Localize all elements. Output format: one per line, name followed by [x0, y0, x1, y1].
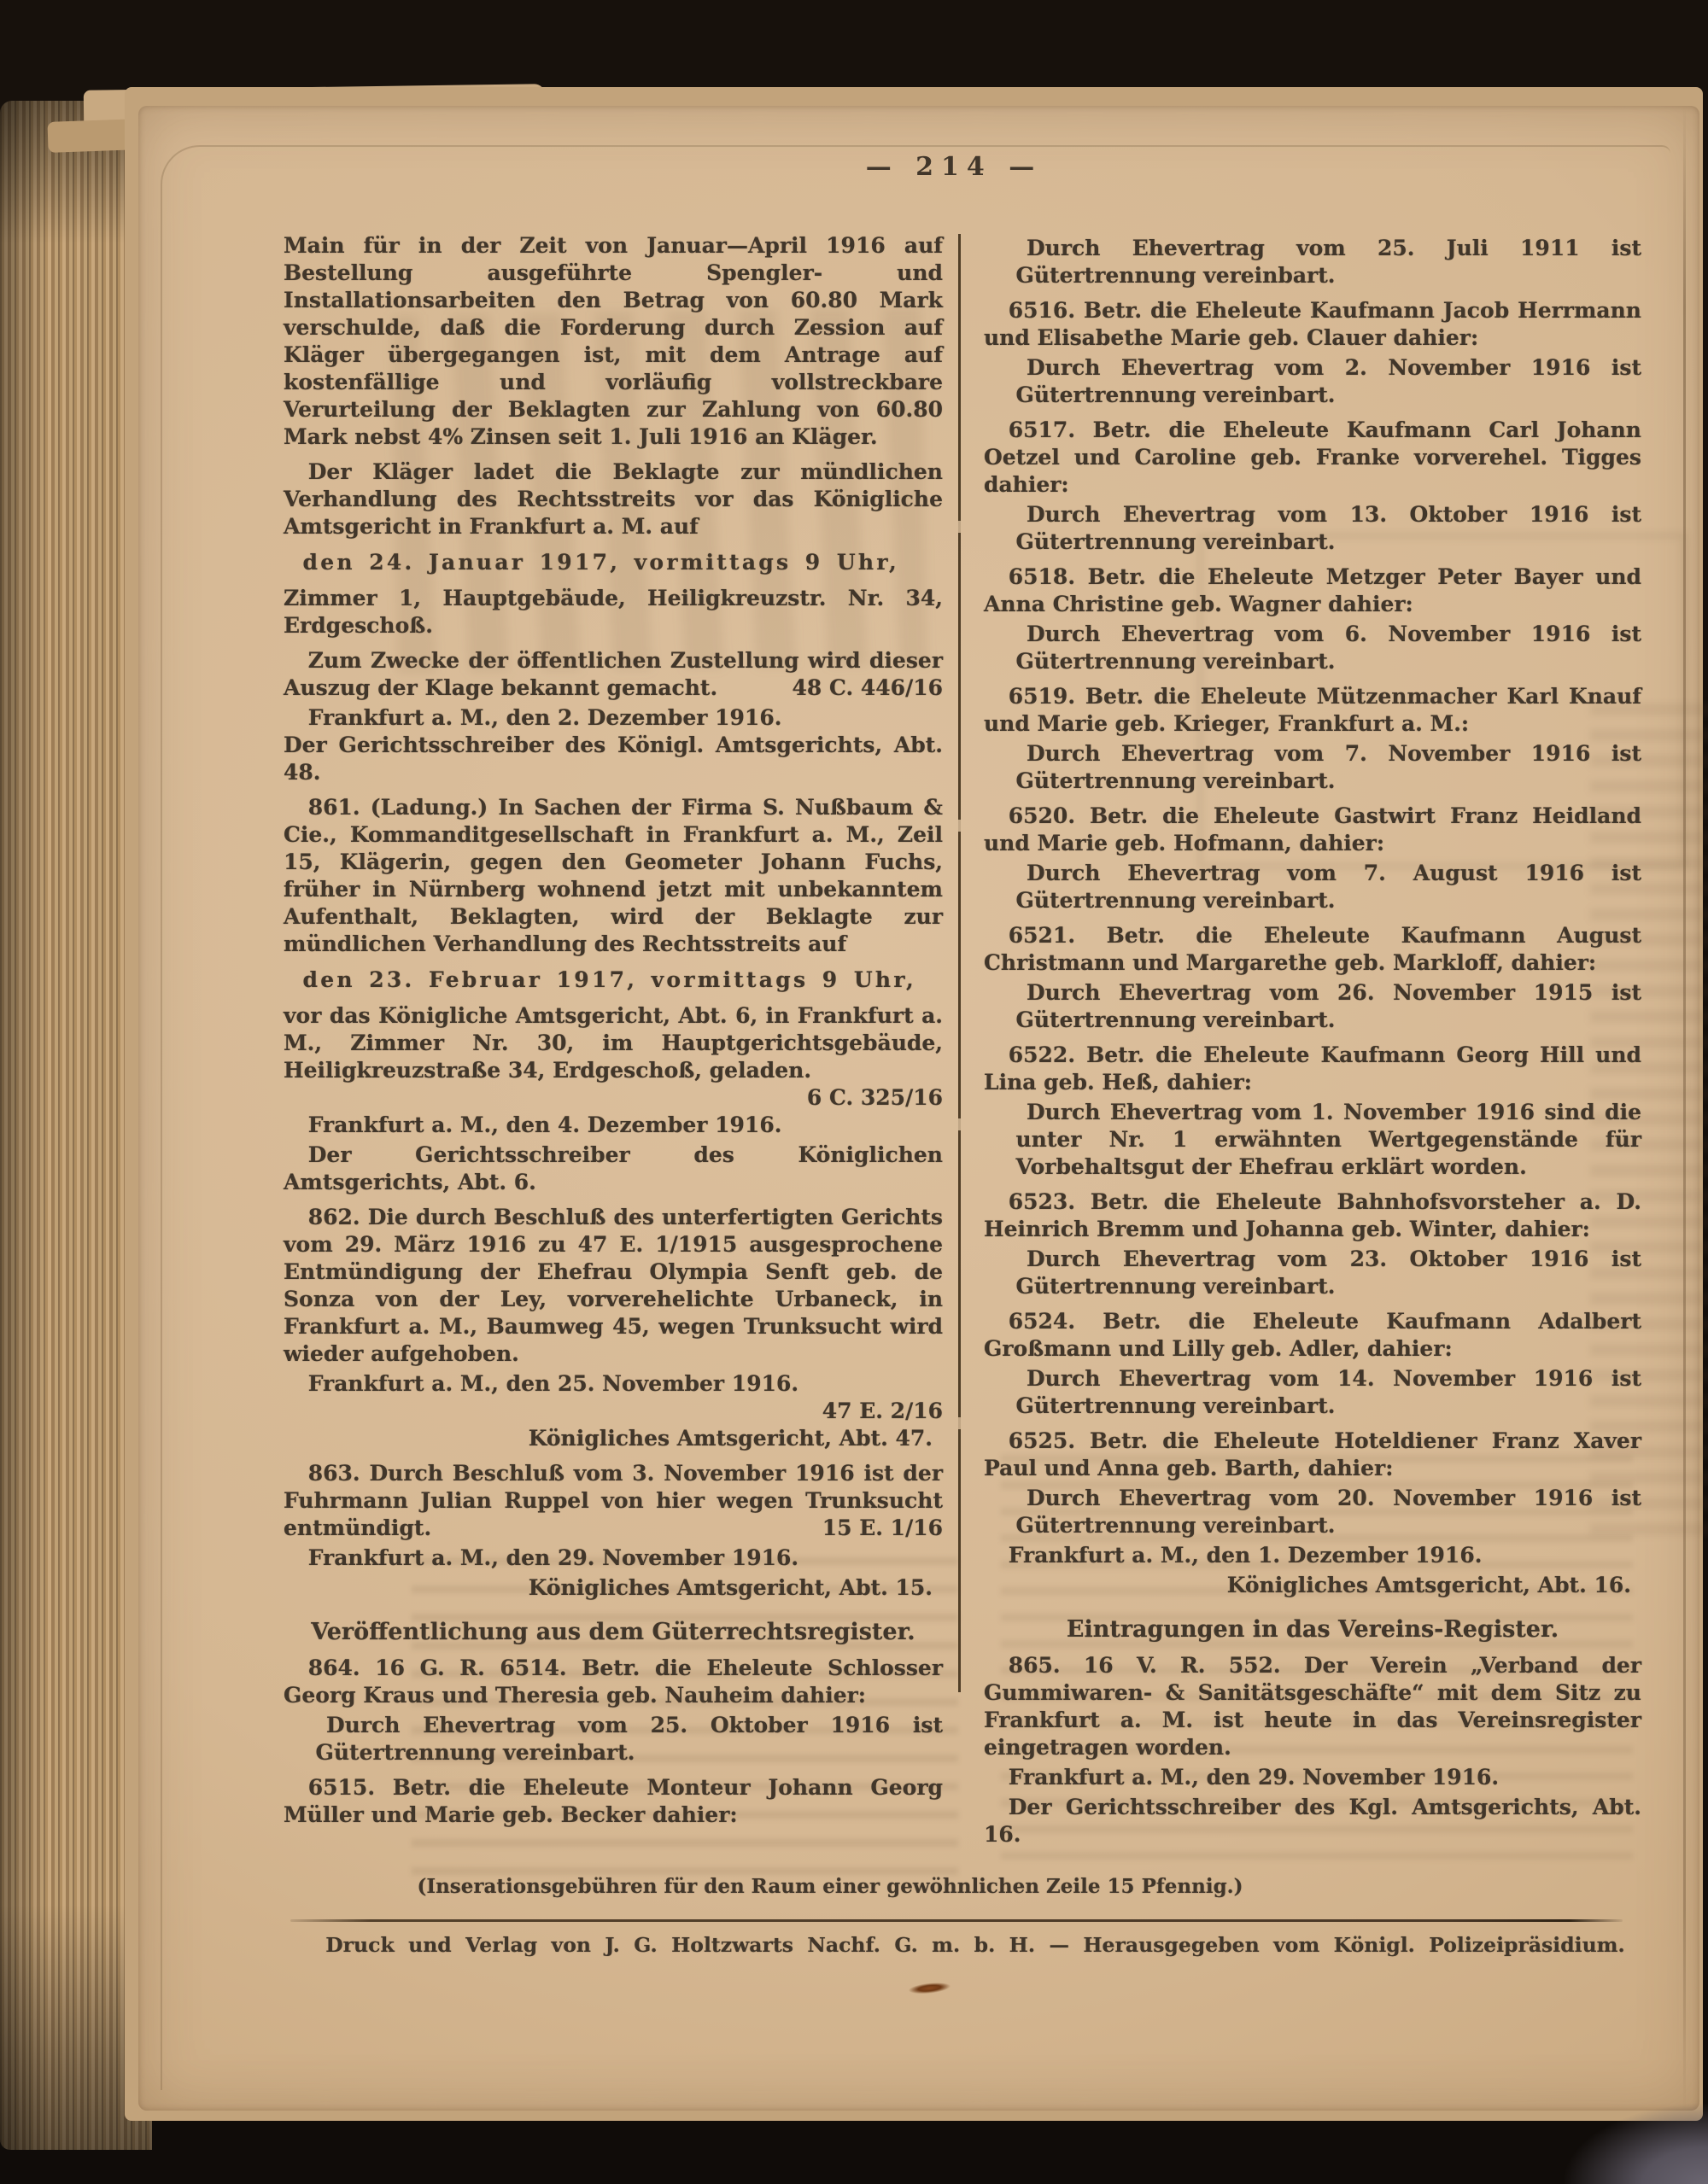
case-reference: 15 E. 1/16	[786, 1515, 943, 1542]
paragraph-text: Durch Ehevertrag vom 2. November 1916 is…	[1016, 355, 1642, 407]
paragraph-text: Durch Ehevertrag vom 1. November 1916 si…	[1016, 1100, 1642, 1179]
paragraph: Zimmer 1, Hauptgebäude, Heiligkreuzstr. …	[284, 585, 943, 639]
paragraph-text: 6525. Betr. die Eheleute Hoteldiener Fra…	[984, 1428, 1641, 1480]
paragraph: Königliches Amtsgericht, Abt. 16.	[984, 1572, 1641, 1599]
paragraph: Durch Ehevertrag vom 14. November 1916 i…	[984, 1365, 1641, 1420]
paragraph: 6515. Betr. die Eheleute Monteur Johann …	[284, 1774, 943, 1829]
section-heading: Eintragungen in das Vereins-Register.	[984, 1616, 1641, 1644]
column-right: Durch Ehevertrag vom 25. Juli 1911 ist G…	[984, 232, 1641, 1848]
paragraph: 6525. Betr. die Eheleute Hoteldiener Fra…	[984, 1428, 1641, 1482]
paragraph: Frankfurt a. M., den 29. November 1916.	[284, 1545, 943, 1572]
paragraph: vor das Königliche Amtsgericht, Abt. 6, …	[284, 1002, 943, 1084]
paragraph-text: 6519. Betr. die Eheleute Mützenmacher Ka…	[984, 684, 1641, 736]
paragraph: Durch Ehevertrag vom 7. August 1916 ist …	[984, 860, 1641, 914]
paragraph: 6518. Betr. die Eheleute Metzger Peter B…	[984, 564, 1641, 618]
paragraph-text: Frankfurt a. M., den 29. November 1916.	[1009, 1765, 1499, 1790]
paragraph: den 24. Januar 1917, vormittags 9 Uhr,	[284, 549, 943, 576]
paragraph-text: Main für in der Zeit von Januar—April 19…	[284, 233, 943, 449]
paragraph-text: 6522. Betr. die Eheleute Kaufmann Georg …	[984, 1042, 1641, 1095]
paragraph: 861. (Ladung.) In Sachen der Firma S. Nu…	[284, 794, 943, 958]
paragraph-text: Durch Ehevertrag vom 14. November 1916 i…	[1016, 1366, 1642, 1418]
paragraph-text: 6524. Betr. die Eheleute Kaufmann Adalbe…	[984, 1309, 1641, 1361]
page-number: — 214 —	[215, 152, 1693, 182]
book-scan-scene: — 214 — Main für in der Zeit von Januar—…	[0, 0, 1708, 2184]
paragraph-text: den 23. Februar 1917, vormittags 9 Uhr,	[303, 967, 916, 992]
paragraph-text: Frankfurt a. M., den 4. Dezember 1916.	[308, 1112, 782, 1137]
paragraph-text: 6523. Betr. die Eheleute Bahnhofsvorsteh…	[984, 1189, 1641, 1241]
paragraph-text: 861. (Ladung.) In Sachen der Firma S. Nu…	[284, 795, 943, 956]
paragraph-text: Durch Ehevertrag vom 6. November 1916 is…	[1016, 622, 1642, 674]
paragraph: 6519. Betr. die Eheleute Mützenmacher Ka…	[984, 683, 1641, 738]
paragraph: Der Gerichtsschreiber des Königlichen Am…	[284, 1142, 943, 1196]
paragraph-text: 6520. Betr. die Eheleute Gastwirt Franz …	[984, 803, 1641, 855]
paragraph-text: 6516. Betr. die Eheleute Kaufmann Jacob …	[984, 298, 1641, 350]
paragraph: Durch Ehevertrag vom 1. November 1916 si…	[984, 1099, 1641, 1181]
paragraph-text: 864. 16 G. R. 6514. Betr. die Eheleute S…	[284, 1656, 943, 1708]
paragraph: Durch Ehevertrag vom 13. Oktober 1916 is…	[984, 501, 1641, 556]
paragraph: 863. Durch Beschluß vom 3. November 1916…	[284, 1460, 943, 1542]
paragraph-text: Durch Ehevertrag vom 13. Oktober 1916 is…	[1016, 502, 1642, 554]
gazette-page: — 214 — Main für in der Zeit von Januar—…	[138, 106, 1699, 2111]
paragraph: Durch Ehevertrag vom 20. November 1916 i…	[984, 1485, 1641, 1539]
paragraph: Frankfurt a. M., den 29. November 1916.	[984, 1764, 1641, 1791]
paragraph-text: vor das Königliche Amtsgericht, Abt. 6, …	[284, 1003, 943, 1083]
paragraph: Frankfurt a. M., den 2. Dezember 1916.	[284, 704, 943, 732]
paragraph: Durch Ehevertrag vom 25. Juli 1911 ist G…	[984, 235, 1641, 289]
paragraph: 862. Die durch Beschluß des unterfertigt…	[284, 1204, 943, 1368]
paragraph: Durch Ehevertrag vom 23. Oktober 1916 is…	[984, 1246, 1641, 1300]
paragraph-text: Veröffentlichung aus dem Güterrechtsregi…	[311, 1619, 915, 1645]
paragraph-text: Königliches Amtsgericht, Abt. 16.	[1227, 1573, 1631, 1597]
footer-rule	[290, 1919, 1623, 1922]
paragraph-text: Der Kläger ladet die Beklagte zur mündli…	[284, 459, 943, 539]
paragraph: 865. 16 V. R. 552. Der Verein „Verband d…	[984, 1652, 1641, 1761]
paragraph: den 23. Februar 1917, vormittags 9 Uhr,	[284, 966, 943, 994]
paragraph-text: Frankfurt a. M., den 29. November 1916.	[308, 1545, 798, 1570]
paragraph-text: 6521. Betr. die Eheleute Kaufmann August…	[984, 923, 1641, 975]
paragraph-text: Durch Ehevertrag vom 7. August 1916 ist …	[1016, 861, 1642, 913]
paragraph: Der Gerichtsschreiber des Kgl. Amtsgeric…	[984, 1794, 1641, 1848]
paragraph: Der Gerichtsschreiber des Königl. Amtsge…	[284, 732, 943, 786]
paragraph: 6517. Betr. die Eheleute Kaufmann Carl J…	[984, 417, 1641, 499]
paragraph: 6516. Betr. die Eheleute Kaufmann Jacob …	[984, 297, 1641, 352]
paragraph-text: Durch Ehevertrag vom 7. November 1916 is…	[1016, 741, 1642, 793]
footer-fee-note: (Inserationsgebühren für den Raum einer …	[138, 1875, 1522, 1898]
paragraph: 864. 16 G. R. 6514. Betr. die Eheleute S…	[284, 1655, 943, 1709]
paragraph-text: Königliches Amtsgericht, Abt. 15.	[529, 1575, 933, 1600]
paragraph-text: Durch Ehevertrag vom 25. Oktober 1916 is…	[316, 1713, 944, 1765]
case-reference: 48 C. 446/16	[756, 674, 943, 702]
paragraph-text: Durch Ehevertrag vom 23. Oktober 1916 is…	[1016, 1247, 1642, 1299]
paragraph: Durch Ehevertrag vom 2. November 1916 is…	[984, 354, 1641, 409]
paragraph: 6523. Betr. die Eheleute Bahnhofsvorsteh…	[984, 1188, 1641, 1243]
paragraph-text: Der Gerichtsschreiber des Königlichen Am…	[284, 1142, 943, 1194]
paragraph: Durch Ehevertrag vom 25. Oktober 1916 is…	[284, 1712, 943, 1766]
paragraph: Main für in der Zeit von Januar—April 19…	[284, 232, 943, 451]
paragraph-text: Eintragungen in das Vereins-Register.	[1067, 1616, 1559, 1643]
paragraph: 6524. Betr. die Eheleute Kaufmann Adalbe…	[984, 1308, 1641, 1363]
paragraph: Frankfurt a. M., den 4. Dezember 1916.	[284, 1112, 943, 1139]
paragraph: 6522. Betr. die Eheleute Kaufmann Georg …	[984, 1042, 1641, 1096]
paragraph: 6520. Betr. die Eheleute Gastwirt Franz …	[984, 803, 1641, 857]
paragraph-text: Frankfurt a. M., den 2. Dezember 1916.	[308, 705, 782, 730]
paragraph-text: Frankfurt a. M., den 25. November 1916.	[308, 1371, 798, 1396]
paragraph-text: Durch Ehevertrag vom 25. Juli 1911 ist G…	[1016, 236, 1642, 288]
paragraph: Königliches Amtsgericht, Abt. 47.	[284, 1425, 943, 1452]
footer-imprint: Druck und Verlag von J. G. Holtzwarts Na…	[190, 1933, 1708, 1957]
paragraph-text: den 24. Januar 1917, vormittags 9 Uhr,	[303, 550, 899, 575]
column-divider-rule	[958, 234, 961, 1692]
paragraph-text: Durch Ehevertrag vom 20. November 1916 i…	[1016, 1486, 1642, 1538]
paragraph: Königliches Amtsgericht, Abt. 15.	[284, 1574, 943, 1602]
paragraph-text: 6518. Betr. die Eheleute Metzger Peter B…	[984, 564, 1641, 616]
case-reference: 6 C. 325/16	[795, 1084, 943, 1112]
paragraph: Durch Ehevertrag vom 26. November 1915 i…	[984, 979, 1641, 1034]
paragraph-text: Königliches Amtsgericht, Abt. 47.	[529, 1426, 933, 1451]
paragraph-text: Zimmer 1, Hauptgebäude, Heiligkreuzstr. …	[284, 586, 943, 638]
paragraph-text: 6515. Betr. die Eheleute Monteur Johann …	[284, 1775, 943, 1827]
paragraph-text: Der Gerichtsschreiber des Kgl. Amtsgeric…	[984, 1795, 1641, 1847]
paragraph: 6521. Betr. die Eheleute Kaufmann August…	[984, 922, 1641, 977]
paragraph-text: 6517. Betr. die Eheleute Kaufmann Carl J…	[984, 418, 1641, 497]
section-heading: Veröffentlichung aus dem Güterrechtsregi…	[284, 1619, 943, 1646]
paragraph-text: 862. Die durch Beschluß des unterfertigt…	[284, 1205, 943, 1366]
column-left: Main für in der Zeit von Januar—April 19…	[284, 232, 943, 1829]
paragraph-text: Der Gerichtsschreiber des Königl. Amtsge…	[284, 733, 943, 785]
paragraph: Der Kläger ladet die Beklagte zur mündli…	[284, 458, 943, 540]
paragraph-text: Frankfurt a. M., den 1. Dezember 1916.	[1009, 1543, 1483, 1568]
bottom-right-shadow	[1563, 2103, 1708, 2184]
paragraph: Zum Zwecke der öffentlichen Zustellung w…	[284, 647, 943, 702]
paragraph: Durch Ehevertrag vom 7. November 1916 is…	[984, 740, 1641, 795]
page-right-crease	[1683, 106, 1686, 2111]
paragraph: Frankfurt a. M., den 25. November 1916.4…	[284, 1370, 943, 1398]
paragraph-text: Durch Ehevertrag vom 26. November 1915 i…	[1016, 980, 1642, 1032]
paragraph: Durch Ehevertrag vom 6. November 1916 is…	[984, 621, 1641, 675]
paragraph-text: 865. 16 V. R. 552. Der Verein „Verband d…	[984, 1653, 1641, 1760]
paragraph: Frankfurt a. M., den 1. Dezember 1916.	[984, 1542, 1641, 1569]
case-reference: 47 E. 2/16	[786, 1398, 943, 1425]
